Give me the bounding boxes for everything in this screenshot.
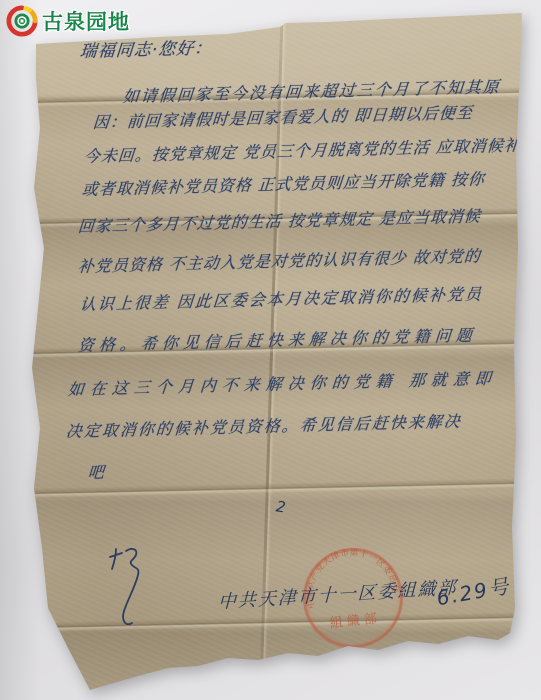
handwriting-line-9: 如在这三个月内不来解决你的党籍 那就意即 [67,366,498,400]
watermark-logo: 古泉园地 [6,5,130,37]
watermark-site-name: 古泉园地 [42,6,130,36]
photo-background: 瑞福同志·您好： 如请假回家至今没有回来超过三个月了不知其原 因：前回家请假时是… [0,0,541,700]
paper-sheet: 瑞福同志·您好： 如请假回家至今没有回来超过三个月了不知其原 因：前回家请假时是… [28,8,528,698]
salutation-line: 瑞福同志·您好： [79,34,213,63]
handwriting-line-5: 回家三个多月不过党的生活 按党章规定 是应当取消候 [77,203,482,237]
signature-scribble-icon [96,543,160,643]
handwriting-line-11: 吧 [87,460,106,484]
page-number-mark: 2 [275,497,287,516]
letter-paper: 瑞福同志·您好： 如请假回家至今没有回来超过三个月了不知其原 因：前回家请假时是… [28,8,528,698]
handwriting-line-10: 决定取消你的候补党员资格。希见信后赶快来解决 [65,409,463,442]
handwriting-line-4: 或者取消候补党员资格 正式党员则应当开除党籍 按你 [81,166,486,200]
handwriting-line-6: 补党员资格 不主动入党是对党的认识有很少 故对党的 [77,243,482,277]
handwriting-line-7: 认识上很差 因此区委会本月决定取消你的候补党员 [79,281,484,315]
handwriting-line-3: 今未回。按党章规定 党员三个月脱离党的生活 应取消候补党员 [83,132,541,167]
coin-swirl-icon [6,5,38,37]
